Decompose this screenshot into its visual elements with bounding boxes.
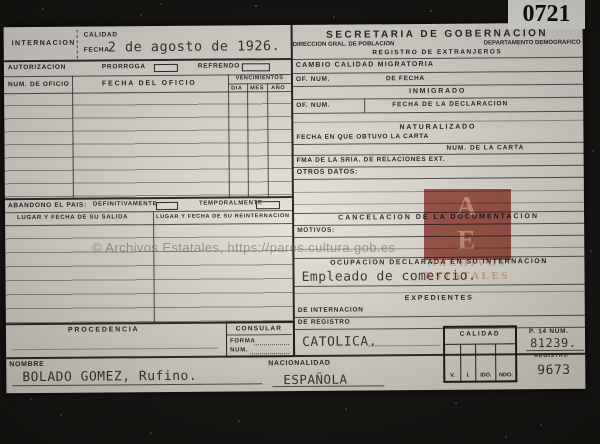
secretaria-title: SECRETARIA DE GOBERNACION <box>291 28 584 41</box>
scanned-registration-card: INTERNACION CALIDAD FECHA 2 de agosto de… <box>0 0 600 444</box>
of-num2-label: OF. NUM. <box>296 102 330 109</box>
definitivamente-label: DEFINITIVAMENTE <box>93 201 157 208</box>
calidad-col-i: I. <box>461 345 477 381</box>
calidad-label: CALIDAD <box>84 31 118 38</box>
salida-table-empty-rows <box>5 223 293 323</box>
rule <box>292 142 583 145</box>
inmigrado-label: INMIGRADO <box>291 87 584 96</box>
fecha-value: 2 de agosto de 1926. <box>108 38 281 55</box>
salida-column-header: LUGAR Y FECHA DE SU SALIDA <box>17 214 128 221</box>
archive-logo-initials: A E <box>424 189 511 257</box>
column-divider <box>364 98 365 112</box>
refrendo-label: REFRENDO <box>198 62 240 69</box>
cambio-calidad-label: CAMBIO CALIDAD MIGRATORIA <box>296 61 434 69</box>
rule <box>292 111 583 114</box>
de-registro-label: DE REGISTRO <box>298 319 351 326</box>
refrendo-checkbox <box>242 63 270 71</box>
calidad-col-v: V. <box>445 345 461 381</box>
rule <box>293 177 584 180</box>
vencimientos-column-header: VENCIMIENTOS <box>228 75 291 81</box>
calidad-col-ido: IDO. <box>476 344 496 380</box>
calidad-box: CALIDAD V. I. IDO. NDO. <box>443 325 517 383</box>
otros-datos-label: OTROS DATOS: <box>297 168 358 175</box>
rule <box>292 71 583 74</box>
fma-label: FMA DE LA SRIA. DE RELACIONES EXT. <box>297 156 446 164</box>
de-internacion-label: DE INTERNACION <box>298 306 364 314</box>
archive-logo-line2: ESTATALES <box>424 270 511 283</box>
rule <box>526 350 584 351</box>
temporalmente-checkbox <box>256 201 280 209</box>
p14-num-label: P. 14 NUM. <box>529 328 569 335</box>
reinternacion-column-header: LUGAR Y FECHA DE SU REINTERNACION <box>156 213 290 220</box>
p14-num-value: 81239. <box>530 336 576 350</box>
prorroga-checkbox <box>154 64 178 72</box>
de-fecha-label: DE FECHA <box>386 75 425 82</box>
calidad-box-title: CALIDAD <box>445 327 515 345</box>
rule <box>293 165 584 168</box>
nombre-value: BOLADO GOMEZ, Rufino. <box>22 369 197 385</box>
rule <box>272 385 384 387</box>
carta-fecha-label: FECHA EN QUE OBTUVO LA CARTA <box>296 133 428 141</box>
rule <box>12 348 218 351</box>
fecha-oficio-column-header: FECHA DEL OFICIO <box>102 80 197 88</box>
departamento-label: DEPARTAMENTO DEMOGRAFICO <box>484 40 581 47</box>
motivos-label: MOTIVOS: <box>297 227 335 234</box>
calidad-col-ndo: NDO. <box>496 344 515 380</box>
rule <box>292 57 583 60</box>
num-label: NUM. <box>230 347 248 353</box>
num-oficio-column-header: NUM. DE OFICIO <box>8 81 70 88</box>
archive-watermark-logo: A E ARCHIVOS ESTATALES <box>424 189 511 260</box>
internacion-label: INTERNACION <box>12 40 76 48</box>
registro-label: REGISTRO <box>534 353 568 359</box>
archive-watermark-text: © Archivos Estatales, https://pares.cult… <box>92 240 395 255</box>
carta-num-label: NUM. DE LA CARTA <box>447 144 525 152</box>
registro-value: 9673 <box>537 363 570 378</box>
nombre-label: NOMBRE <box>9 361 44 368</box>
nacionalidad-label: NACIONALIDAD <box>268 360 331 367</box>
autorizacion-label: AUTORIZACION <box>8 64 66 71</box>
expedientes-label: EXPEDIENTES <box>293 294 586 303</box>
consular-title: CONSULAR <box>226 325 292 333</box>
of-num-label: OF. NUM. <box>296 76 330 83</box>
temporalmente-label: TEMPORALMENTE <box>199 200 263 207</box>
declaracion-label: FECHA DE LA DECLARACION <box>392 100 508 108</box>
definitivamente-checkbox <box>156 202 178 210</box>
prorroga-label: PRORROGA <box>102 63 146 70</box>
calidad-box-columns: V. I. IDO. NDO. <box>445 344 515 381</box>
abandono-label: ABANDONO EL PAIS: <box>8 202 87 210</box>
religion-value: CATOLICA. <box>302 334 377 350</box>
naturalizado-label: NATURALIZADO <box>291 123 584 132</box>
catalog-number-badge: 0721 <box>508 0 585 29</box>
fecha-label: FECHA <box>84 46 110 53</box>
archive-logo-line1: ARCHIVOS <box>424 257 511 270</box>
forma-label: FORMA <box>230 338 256 344</box>
header-subrow: DIRECCION GRAL. DE POBLACION DEPARTAMENT… <box>293 40 581 48</box>
procedencia-label: PROCEDENCIA <box>68 326 140 334</box>
registro-extranjeros-label: REGISTRO DE EXTRANJEROS <box>291 48 584 57</box>
scanner-noise <box>0 0 2 2</box>
rule <box>4 58 291 62</box>
divider <box>77 30 78 59</box>
rule <box>368 345 440 347</box>
rule <box>294 315 585 318</box>
rule <box>292 97 583 100</box>
direccion-label: DIRECCION GRAL. DE POBLACION <box>293 41 395 48</box>
